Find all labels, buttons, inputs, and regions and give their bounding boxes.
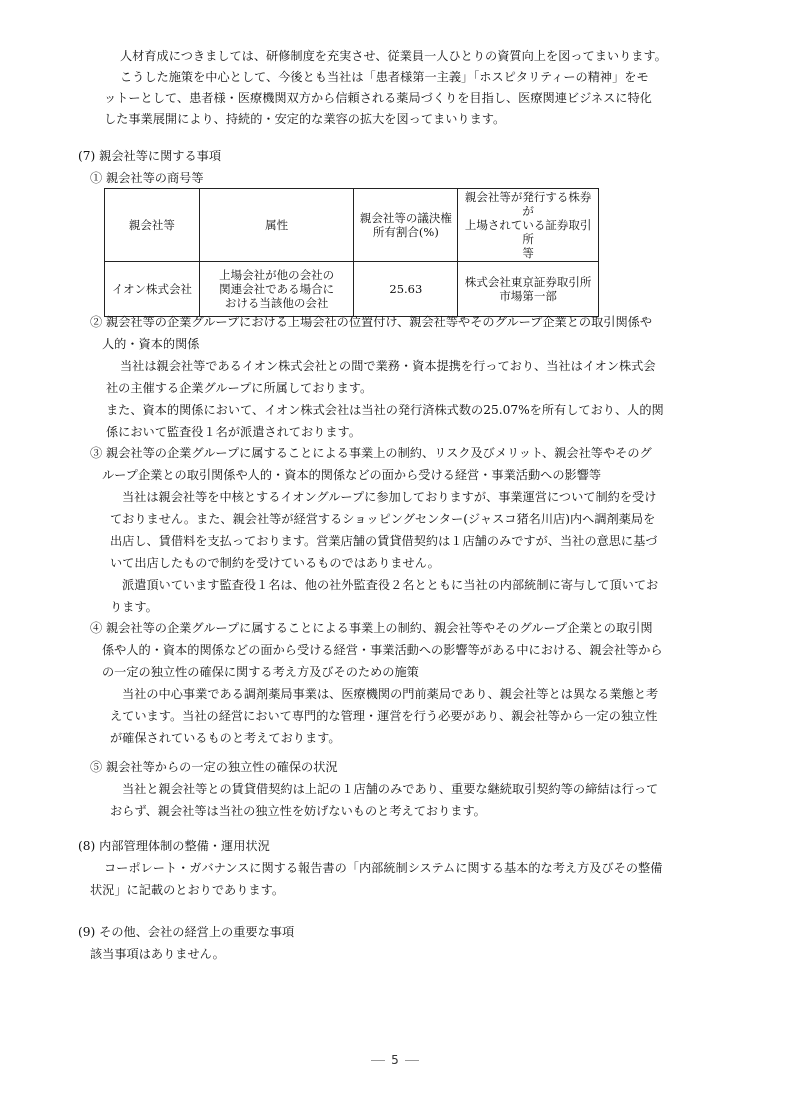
text-line: ットーとして、患者様・医療機関双方から信頼される薬局づくりを目指し、医療関連ビジ… <box>88 88 667 108</box>
text-line: 当社の中心事業である調剤薬局事業は、医療機関の門前薬局であり、親会社等とは異なる… <box>90 684 663 704</box>
subsection-4-heading: ④ 親会社等の企業グループに属することによる事業上の制約、親会社等やそのグループ… <box>90 618 663 638</box>
subsection-4-heading-cont: 係や人的・資本的関係などの面から受ける経営・事業活動への影響等がある中における、… <box>90 640 663 660</box>
dash-decoration <box>371 1060 385 1061</box>
table-row: イオン株式会社 上場会社が他の会社の 関連会社である場合に おける当該他の会社 … <box>105 262 599 317</box>
page-number: 5 <box>0 1050 790 1070</box>
subsection-5: ⑤ 親会社等からの一定の独立性の確保の状況 当社と親会社等との賃貸借契約は上記の… <box>90 757 658 821</box>
subsection-4: ④ 親会社等の企業グループに属することによる事業上の制約、親会社等やそのグループ… <box>90 618 663 748</box>
text-line: 出店し、賃借料を支払っております。営業店舗の賃貸借契約は１店舗のみですが、当社の… <box>90 531 658 551</box>
text-line: また、資本的関係において、イオン株式会社は当社の発行済株式数の25.07%を所有… <box>90 400 664 420</box>
subsection-5-heading: ⑤ 親会社等からの一定の独立性の確保の状況 <box>90 757 658 777</box>
subsection-2: ② 親会社等の企業グループにおける上場会社の位置付け、親会社等やそのグループ企業… <box>90 312 664 442</box>
page-number-value: 5 <box>391 1053 399 1067</box>
text-line: えています。当社の経営において専門的な管理・運営を行う必要があり、親会社等から一… <box>90 706 663 726</box>
parent-company-table: 親会社等 属性 親会社等の議決権 所有割合(%) 親会社等が発行する株券が 上場… <box>104 188 599 317</box>
text-line: いて出店したもので制約を受けているものではありません。 <box>90 553 658 573</box>
subsection-3-heading: ③ 親会社等の企業グループに属することによる事業上の制約、リスク及びメリット、親… <box>90 443 658 463</box>
text-line: 係において監査役１名が派遣されております。 <box>90 422 664 442</box>
cell-attribute: 上場会社が他の会社の 関連会社である場合に おける当該他の会社 <box>199 262 354 317</box>
subsection-2-heading-cont: 人的・資本的関係 <box>90 334 664 354</box>
header-attribute: 属性 <box>199 189 354 262</box>
text-line: ります。 <box>90 597 658 617</box>
section-9: (9) その他、会社の経営上の重要な事項 該当事項はありません。 <box>78 922 294 964</box>
header-parent-company: 親会社等 <box>105 189 200 262</box>
dash-decoration <box>405 1060 419 1061</box>
subsection-3-heading-cont: ループ企業との取引関係や人的・資本的関係などの面から受ける経営・事業活動への影響… <box>90 465 658 485</box>
text-line: が確保されているものと考えております。 <box>90 728 663 748</box>
text-line: ておりません。また、親会社等が経営するショッピングセンター(ジャスコ猪名川店)内… <box>90 509 658 529</box>
subsection-1-heading: ① 親会社等の商号等 <box>90 168 204 188</box>
cell-parent-company: イオン株式会社 <box>105 262 200 317</box>
text-line: 該当事項はありません。 <box>78 944 294 964</box>
text-line: 人材育成につきましては、研修制度を充実させ、従業員一人ひとりの資質向上を図ってま… <box>104 46 667 66</box>
section-8: (8) 内部管理体制の整備・運用状況 コーポレート・ガバナンスに関する報告書の「… <box>78 836 662 900</box>
subsection-4-heading-cont: の一定の独立性の確保に関する考え方及びそのための施策 <box>90 662 663 682</box>
cell-exchange: 株式会社東京証券取引所 市場第一部 <box>458 262 599 317</box>
subsection-2-heading: ② 親会社等の企業グループにおける上場会社の位置付け、親会社等やそのグループ企業… <box>90 312 664 332</box>
text-line: こうした施策を中心として、今後とも当社は「患者様第一主義」「ホスピタリティーの精… <box>104 67 667 87</box>
text-line: 当社は親会社等を中核とするイオングループに参加しておりますが、事業運営について制… <box>90 487 658 507</box>
text-line: 当社は親会社等であるイオン株式会社との間で業務・資本提携を行っており、当社はイオ… <box>90 356 664 376</box>
text-line: 当社と親会社等との賃貸借契約は上記の１店舗のみであり、重要な継続取引契約等の締結… <box>90 779 658 799</box>
text-line: 派遣頂いています監査役１名は、他の社外監査役２名とともに当社の内部統制に寄与して… <box>90 575 658 595</box>
text-line: コーポレート・ガバナンスに関する報告書の「内部統制システムに関する基本的な考え方… <box>78 858 662 878</box>
text-line: 状況」に記載のとおりであります。 <box>78 880 662 900</box>
intro-paragraph: 人材育成につきましては、研修制度を充実させ、従業員一人ひとりの資質向上を図ってま… <box>104 46 667 129</box>
cell-voting-ratio: 25.63 <box>354 262 458 317</box>
section-7-heading: (7) 親会社等に関する事項 <box>78 146 221 166</box>
text-line: した事業展開により、持続的・安定的な業容の拡大を図ってまいります。 <box>104 109 667 129</box>
text-line: おらず、親会社等は当社の独立性を妨げないものと考えております。 <box>90 801 658 821</box>
text-line: 社の主催する企業グループに所属しております。 <box>90 378 664 398</box>
section-9-heading: (9) その他、会社の経営上の重要な事項 <box>78 922 294 942</box>
table-header-row: 親会社等 属性 親会社等の議決権 所有割合(%) 親会社等が発行する株券が 上場… <box>105 189 599 262</box>
header-exchange: 親会社等が発行する株券が 上場されている証券取引所 等 <box>458 189 599 262</box>
subsection-3: ③ 親会社等の企業グループに属することによる事業上の制約、リスク及びメリット、親… <box>90 443 658 617</box>
header-voting-ratio: 親会社等の議決権 所有割合(%) <box>354 189 458 262</box>
section-8-heading: (8) 内部管理体制の整備・運用状況 <box>78 836 662 856</box>
